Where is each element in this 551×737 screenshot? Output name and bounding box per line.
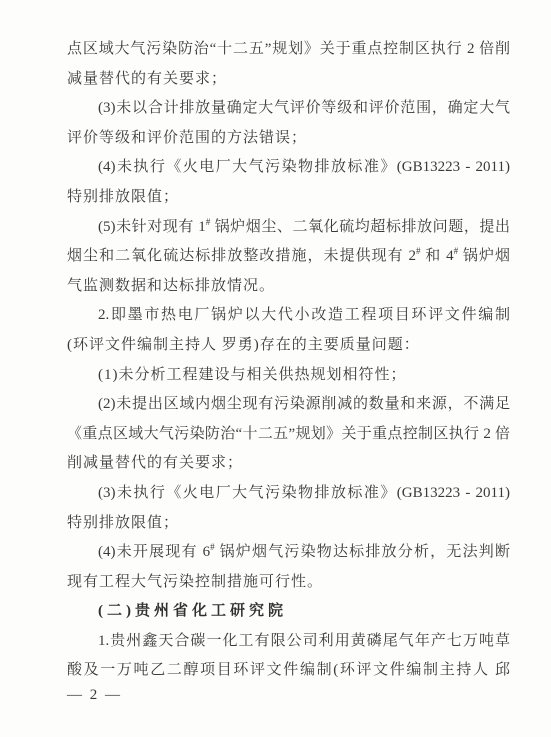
superscript-hash: # <box>416 246 421 256</box>
text-line: 气监测数据和达标排放情况。 <box>67 272 510 302</box>
text-line: 现有工程大气污染控制措施可行性。 <box>67 568 510 598</box>
text-line: 特别排放限值； <box>67 183 510 213</box>
page-footer: — 2 — <box>67 684 122 706</box>
document-page: 点区域大气污染防治“十二五”规划》关于重点控制区执行 2 倍削减量替代的有关要求… <box>0 0 551 737</box>
superscript-hash: # <box>210 542 215 552</box>
superscript-hash: # <box>206 217 211 227</box>
text-line: 评价等级和评价范围的方法错误； <box>67 124 510 154</box>
text-line: (2)未提出区域内烟尘现有污染源削减的数量和来源，不满足 <box>67 390 510 420</box>
text-line: (1)未分析工程建设与相关供热规划相符性； <box>67 361 510 391</box>
text-line: (4)未开展现有 6# 锅炉烟气污染物达标排放分析，无法判断 <box>67 538 510 568</box>
text-line: 减量替代的有关要求； <box>67 65 510 95</box>
superscript-hash: # <box>454 246 459 256</box>
text-line: 烟尘和二氧化硫达标排放整改措施，未提供现有 2# 和 4# 锅炉烟 <box>67 242 510 272</box>
text-line: 《重点区域大气污染防治“十二五”规划》关于重点控制区执行 2 倍 <box>67 420 510 450</box>
text-line: 2.即墨市热电厂锅炉以大代小改造工程项目环评文件编制 <box>67 301 510 331</box>
text-line: (3)未执行《火电厂大气污染物排放标准》(GB13223 - 2011) <box>67 479 510 509</box>
section-heading: (二)贵州省化工研究院 <box>67 597 510 627</box>
text-line: (5)未针对现有 1# 锅炉烟尘、二氧化硫均超标排放问题，提出 <box>67 213 510 243</box>
text-line: 酸及一万吨乙二醇项目环评文件编制(环评文件编制主持人 邱 <box>67 656 510 686</box>
document-text: 点区域大气污染防治“十二五”规划》关于重点控制区执行 2 倍削减量替代的有关要求… <box>67 35 510 686</box>
text-line: (环评文件编制主持人 罗勇)存在的主要质量问题： <box>67 331 510 361</box>
page-number: — 2 — <box>67 687 122 703</box>
text-line: 特别排放限值； <box>67 509 510 539</box>
text-line: 削减量替代的有关要求； <box>67 449 510 479</box>
text-line: (3)未以合计排放量确定大气评价等级和评价范围，确定大气 <box>67 94 510 124</box>
text-line: 1.贵州鑫天合碳一化工有限公司利用黄磷尾气年产七万吨草 <box>67 627 510 657</box>
text-line: 点区域大气污染防治“十二五”规划》关于重点控制区执行 2 倍削 <box>67 35 510 65</box>
text-line: (4)未执行《火电厂大气污染物排放标准》(GB13223 - 2011) <box>67 153 510 183</box>
